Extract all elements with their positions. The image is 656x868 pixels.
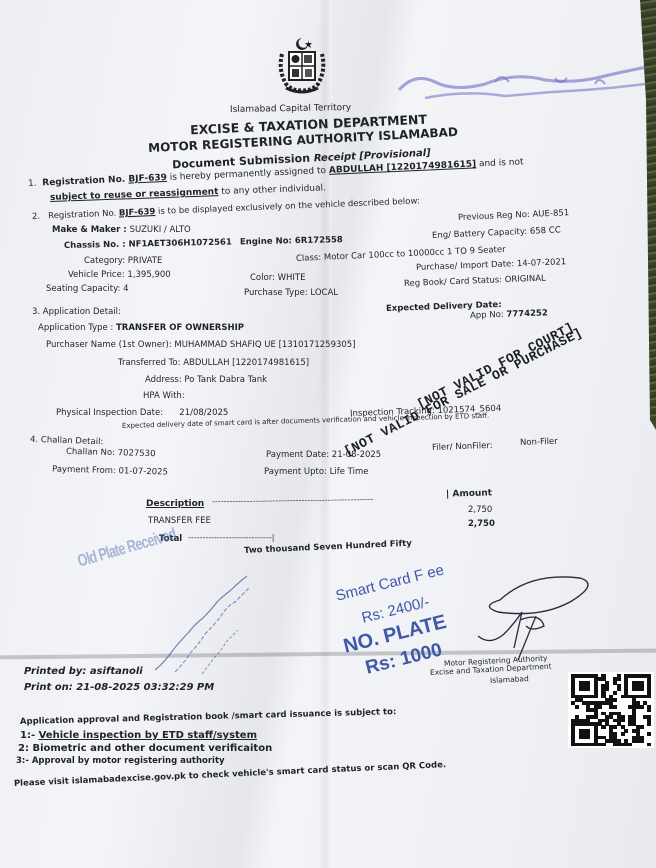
authority-footer-line-3: Islamabad — [490, 674, 529, 685]
officer-signature — [470, 572, 600, 662]
amount-header: | Amount — [446, 488, 492, 499]
hpa-field: HPA With: — [143, 391, 185, 401]
fee-header-rule: ----------------------------------------… — [212, 495, 374, 506]
card-status-field: Reg Book/ Card Status: ORIGINAL — [404, 274, 546, 289]
total-rule: -----------------------------| — [188, 533, 274, 542]
qr-code-icon[interactable] — [568, 672, 654, 748]
payment-upto-field: Payment Upto: Life Time — [264, 467, 368, 477]
previous-reg-field: Previous Reg No: AUE-851 — [458, 208, 570, 223]
purchaser-field: Purchaser Name (1st Owner): MUHAMMAD SHA… — [46, 340, 356, 350]
print-on-field: Print on: 21-08-2025 03:32:29 PM — [24, 682, 214, 693]
conditions-heading: Application approval and Registration bo… — [20, 707, 397, 727]
condition-1: 1:- Vehicle inspection by ETD staff/syst… — [20, 730, 257, 741]
state-emblem-icon — [272, 36, 332, 98]
category-field: Category: PRIVATE — [84, 256, 162, 266]
smart-card-fee-stamp: Smart Card F ee — [334, 561, 446, 604]
inspection-date-field: Physical Inspection Date: 21/08/2025 — [56, 408, 228, 418]
purchase-type-field: Purchase Type: LOCAL — [244, 288, 338, 298]
chassis-field: Chassis No. : NF1AET306H1072561 Engine N… — [64, 235, 343, 251]
engine-capacity-field: Eng/ Battery Capacity: 658 CC — [432, 225, 561, 241]
fee-item-description: TRANSFER FEE — [148, 516, 211, 526]
payment-date-field: Payment Date: 21-08-2025 — [266, 450, 381, 460]
printed-by-field: Printed by: asiftanoli — [24, 666, 143, 677]
app-no-field: App No: 7774252 — [470, 308, 548, 321]
handwritten-notes — [150, 560, 290, 680]
filer-label: Filer/ NonFiler: — [432, 441, 493, 453]
filer-value: Non-Filer — [520, 437, 558, 448]
purple-ink-stamp — [395, 62, 655, 107]
challan-no-field: Challan No: 7027530 — [66, 447, 156, 459]
make-field: Make & Maker : SUZUKI / ALTO — [52, 225, 191, 235]
section-1-line-2: subject to reuse or reassignment to any … — [50, 183, 326, 203]
transferred-to-field: Transferred To: ABDULLAH [1220174981615] — [118, 358, 309, 368]
condition-3: 3:- Approval by motor registering author… — [16, 756, 225, 766]
territory-label: Islamabad Capital Territory — [230, 103, 351, 115]
challan-detail-heading: 4. Challan Detail: — [30, 435, 104, 448]
receipt-paper: Islamabad Capital Territory EXCISE & TAX… — [0, 0, 656, 868]
color-field: Color: WHITE — [250, 273, 305, 283]
application-type-field: Application Type : TRANSFER OF OWNERSHIP — [38, 323, 244, 333]
fee-description-header: Description — [146, 499, 204, 509]
vehicle-price-field: Vehicle Price: 1,395,900 — [68, 270, 171, 280]
seating-capacity-field: Seating Capacity: 4 — [46, 284, 129, 294]
condition-2: 2: Biometric and other document verifica… — [18, 743, 272, 754]
purchase-date-field: Purchase/ Import Date: 14-07-2021 — [416, 257, 567, 273]
fee-item-amount: 2,750 — [468, 505, 492, 515]
address-field: Address: Po Tank Dabra Tank — [145, 375, 267, 385]
payment-from-field: Payment From: 01-07-2025 — [52, 464, 168, 477]
application-detail-heading: 3. Application Detail: — [32, 307, 121, 317]
total-amount: 2,750 — [468, 519, 495, 529]
registration-number: BJF-639 — [128, 173, 167, 185]
